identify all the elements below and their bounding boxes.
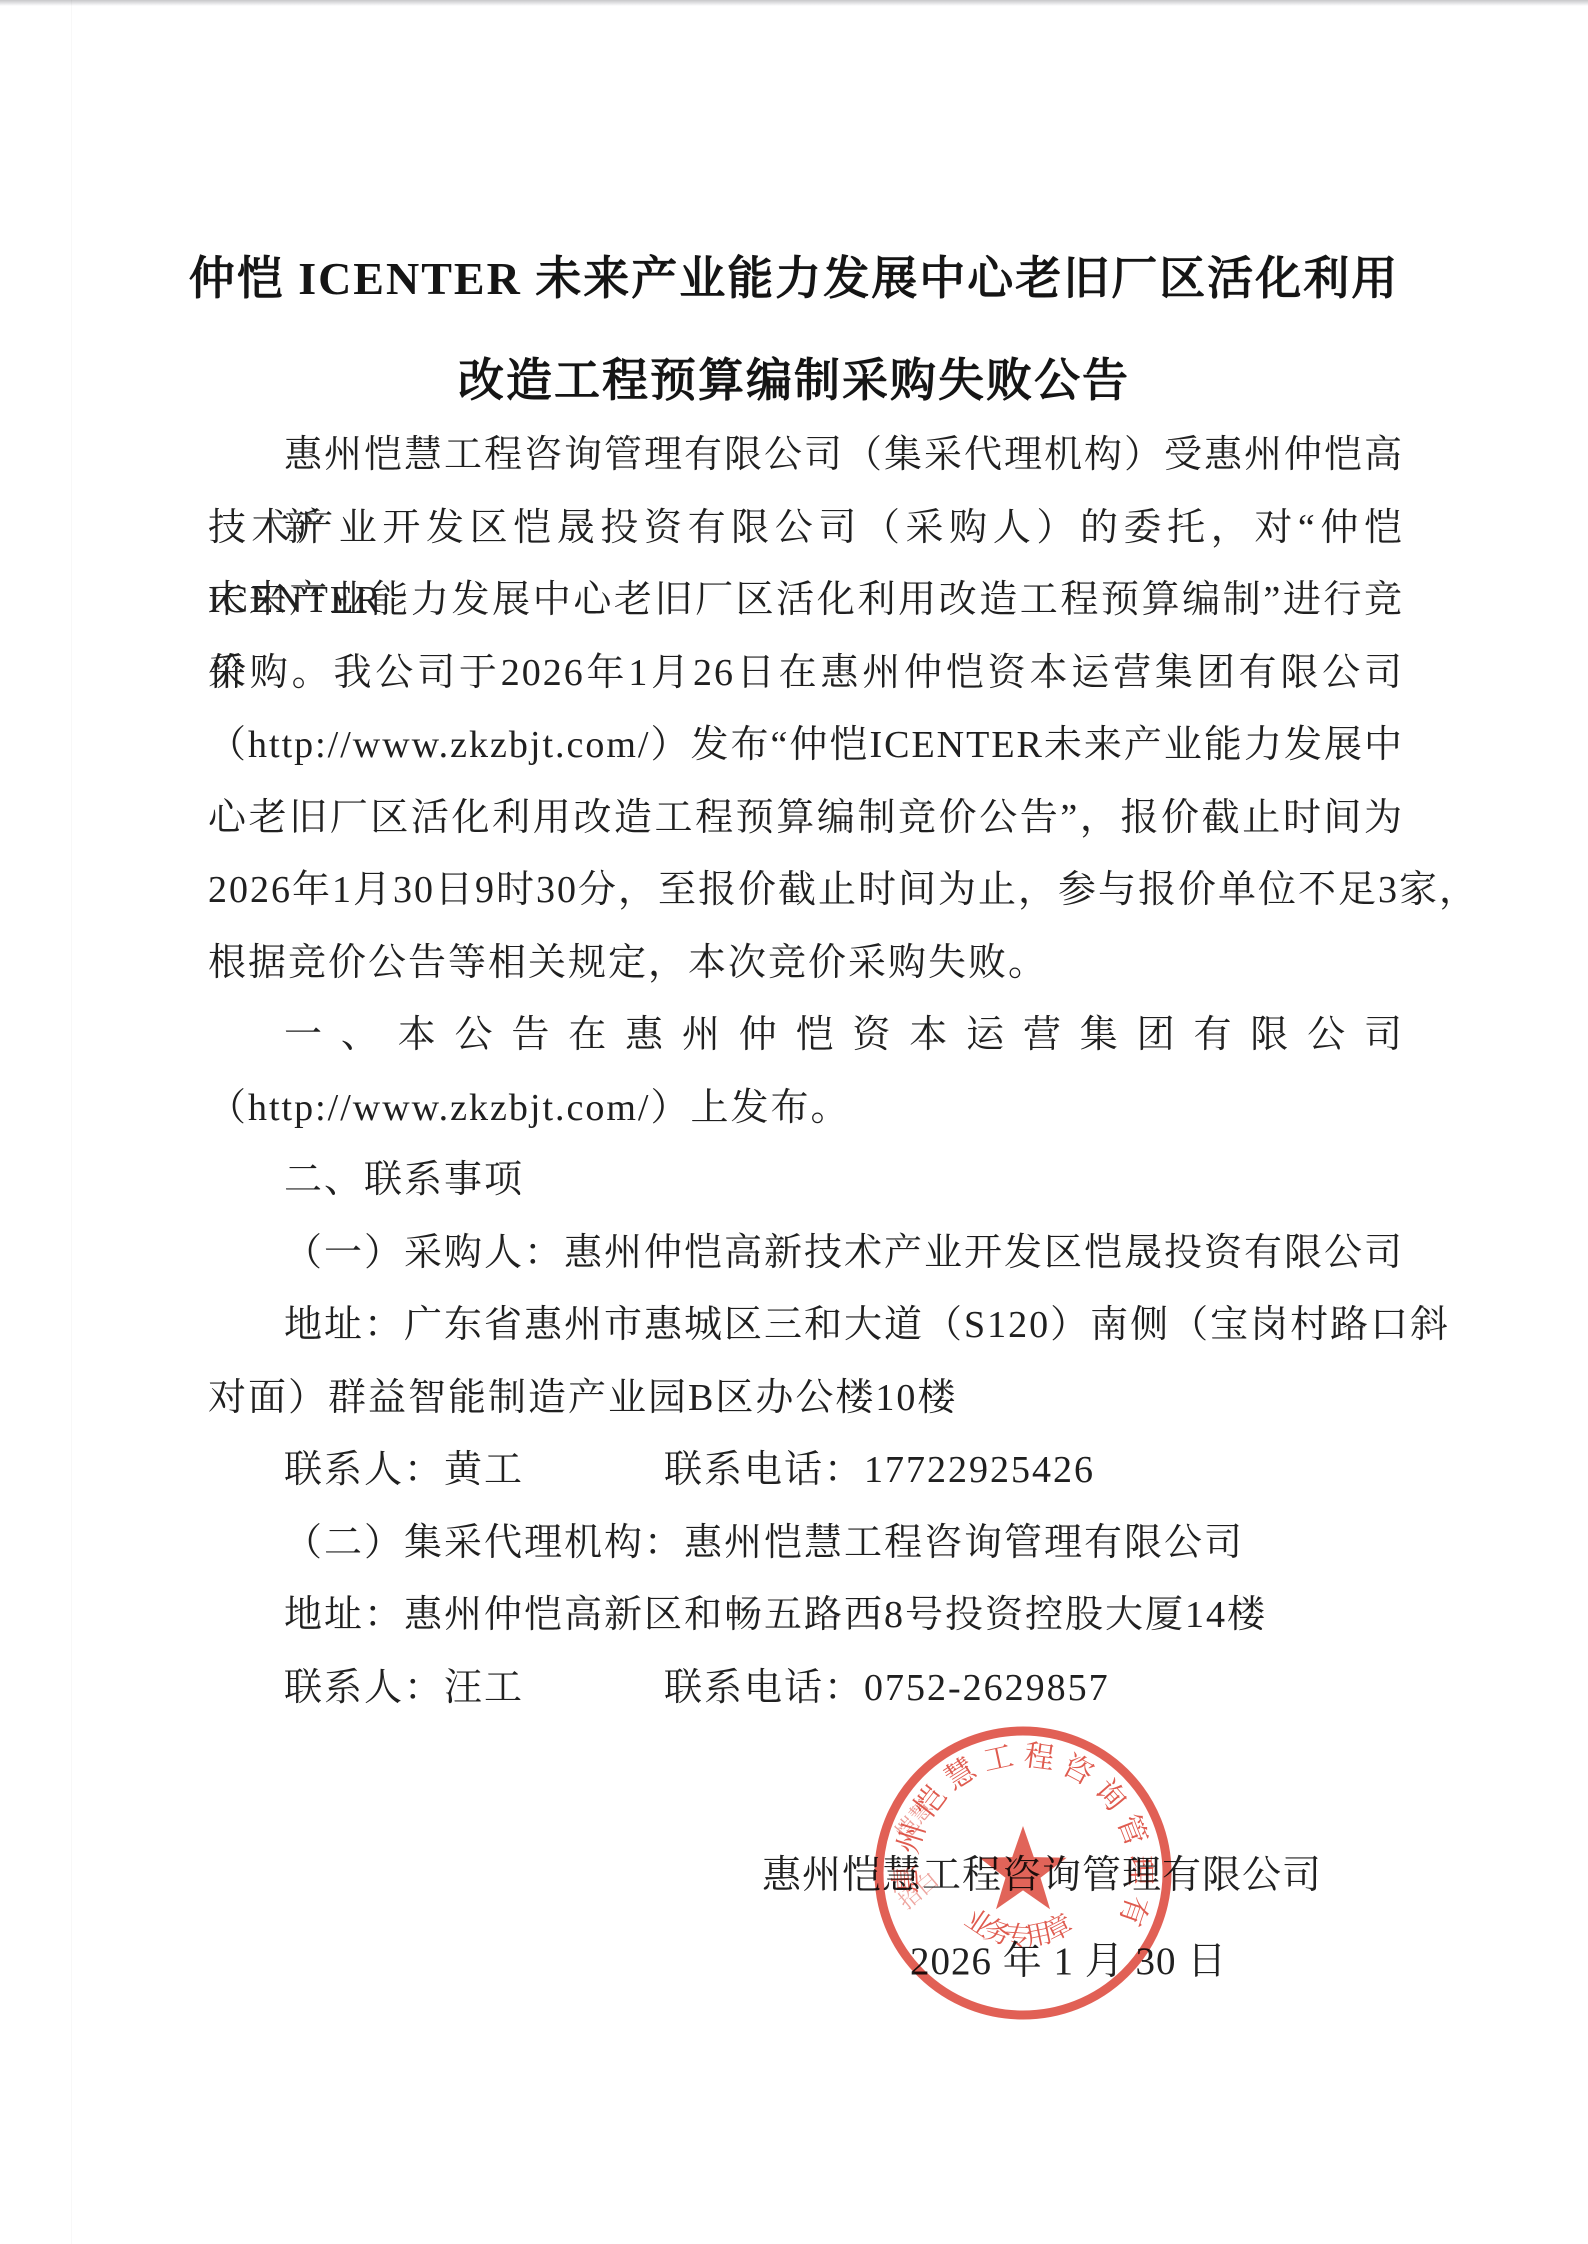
paragraph-line: 惠州恺慧工程咨询管理有限公司（集采代理机构）受惠州仲恺高新	[208, 419, 1404, 492]
agency-contact-line: 联系人：汪工联系电话：0752-2629857	[208, 1652, 1404, 1725]
paragraph-line: 2026年1月30日9时30分，至报价截止时间为止，参与报价单位不足3家，	[208, 854, 1404, 927]
paragraph-line: 心老旧厂区活化利用改造工程预算编制竞价公告”，报价截止时间为	[208, 782, 1404, 855]
purchaser-address-line-1: 地址：广东省惠州市惠城区三和大道（S120）南侧（宝岗村路口斜	[208, 1289, 1404, 1362]
purchaser-address-line-2: 对面）群益智能制造产业园B区办公楼10楼	[208, 1362, 1404, 1435]
purchaser-contact-phone: 联系电话：17722925426	[664, 1449, 1095, 1491]
document-title-line-2: 改造工程预算编制采购失败公告	[0, 352, 1588, 410]
company-seal-stamp: 惠州恺慧工程咨询管理有限公司 业务专用章 恺慧 招白	[868, 1722, 1178, 2022]
scan-edge-artifact	[0, 0, 1588, 6]
purchaser-line: （一）采购人：惠州仲恺高新技术产业开发区恺晟投资有限公司	[208, 1217, 1404, 1290]
agency-address-line: 地址：惠州仲恺高新区和畅五路西8号投资控股大厦14楼	[208, 1579, 1404, 1652]
document-page: { "title": { "line1": "仲恺 ICENTER 未来产业能力…	[0, 0, 1588, 2244]
paragraph-line: 未来产业能力发展中心老旧厂区活化利用改造工程预算编制”进行竞价	[208, 564, 1404, 637]
seal-bottom-text: 业务专用章	[960, 1903, 1078, 1952]
paragraph-line: 采购。我公司于2026年1月26日在惠州仲恺资本运营集团有限公司	[208, 637, 1404, 710]
paragraph-line: 技术产业开发区恺晟投资有限公司（采购人）的委托，对“仲恺ICENTER	[208, 492, 1404, 565]
list-item-2: 二、联系事项	[208, 1144, 1404, 1217]
purchaser-contact-person: 联系人：黄工	[284, 1449, 524, 1491]
paragraph-line: （http://www.zkzbjt.com/）发布“仲恺ICENTER未来产业…	[208, 709, 1404, 782]
purchaser-contact-line: 联系人：黄工联系电话：17722925426	[208, 1434, 1404, 1507]
paragraph-line: 根据竞价公告等相关规定，本次竞价采购失败。	[208, 927, 1404, 1000]
agency-contact-person: 联系人：汪工	[284, 1667, 524, 1709]
document-body: 惠州恺慧工程咨询管理有限公司（集采代理机构）受惠州仲恺高新 技术产业开发区恺晟投…	[208, 419, 1404, 1724]
agency-line: （二）集采代理机构：惠州恺慧工程咨询管理有限公司	[208, 1507, 1404, 1580]
document-title-line-1: 仲恺 ICENTER 未来产业能力发展中心老旧厂区活化利用	[0, 250, 1588, 308]
list-item-1-continuation: （http://www.zkzbjt.com/）上发布。	[208, 1072, 1404, 1145]
list-item-1: 一、本公告在惠州仲恺资本运营集团有限公司	[208, 999, 1404, 1072]
agency-contact-phone: 联系电话：0752-2629857	[664, 1667, 1110, 1709]
scan-line-artifact	[71, 0, 72, 2244]
seal-star-icon	[979, 1826, 1066, 1909]
